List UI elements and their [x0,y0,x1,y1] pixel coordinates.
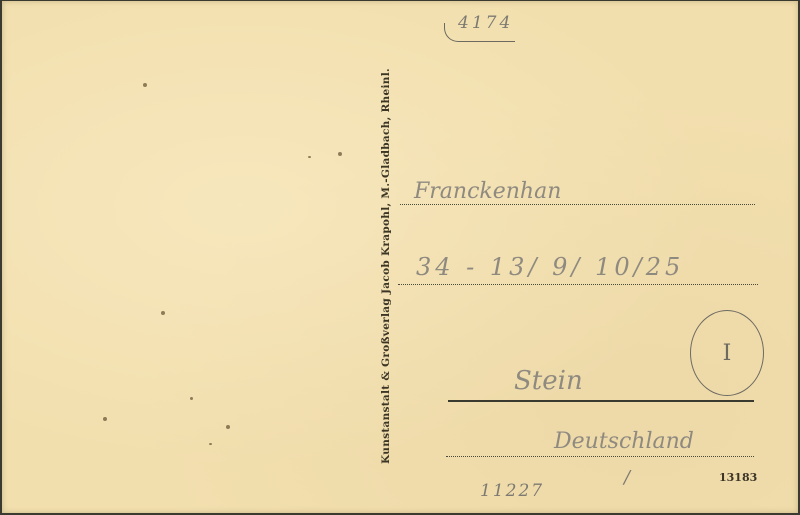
stroke-mark: / [624,467,630,488]
address-line-1 [400,204,755,205]
address-line-4 [446,456,754,457]
foxing-speck [190,397,193,400]
address-line-2 [398,284,758,285]
address-line-1-text: Franckenhan [414,179,561,204]
publisher-imprint: Kunstanstalt & Großverlag Jacob Krapohl,… [380,68,392,464]
postcard-back: Kunstanstalt & Großverlag Jacob Krapohl,… [2,1,798,513]
foxing-speck [338,152,342,156]
foxing-speck [308,156,311,158]
bottom-pencil-note: 11227 [480,481,544,501]
foxing-speck [161,311,165,315]
foxing-speck [143,83,147,87]
address-line-3 [448,400,754,402]
circled-mark-text: I [723,341,732,366]
address-line-2-text: 34 - 13/ 9/ 10/25 [416,253,684,281]
foxing-speck [226,425,230,429]
foxing-speck [103,417,107,421]
circled-mark: I [690,310,764,396]
address-line-3-text: Stein [514,366,583,396]
catalog-number: 13183 [719,471,757,484]
address-line-4-text: Deutschland [554,429,694,454]
foxing-speck [209,443,212,445]
reference-number: 4174 [458,13,513,33]
